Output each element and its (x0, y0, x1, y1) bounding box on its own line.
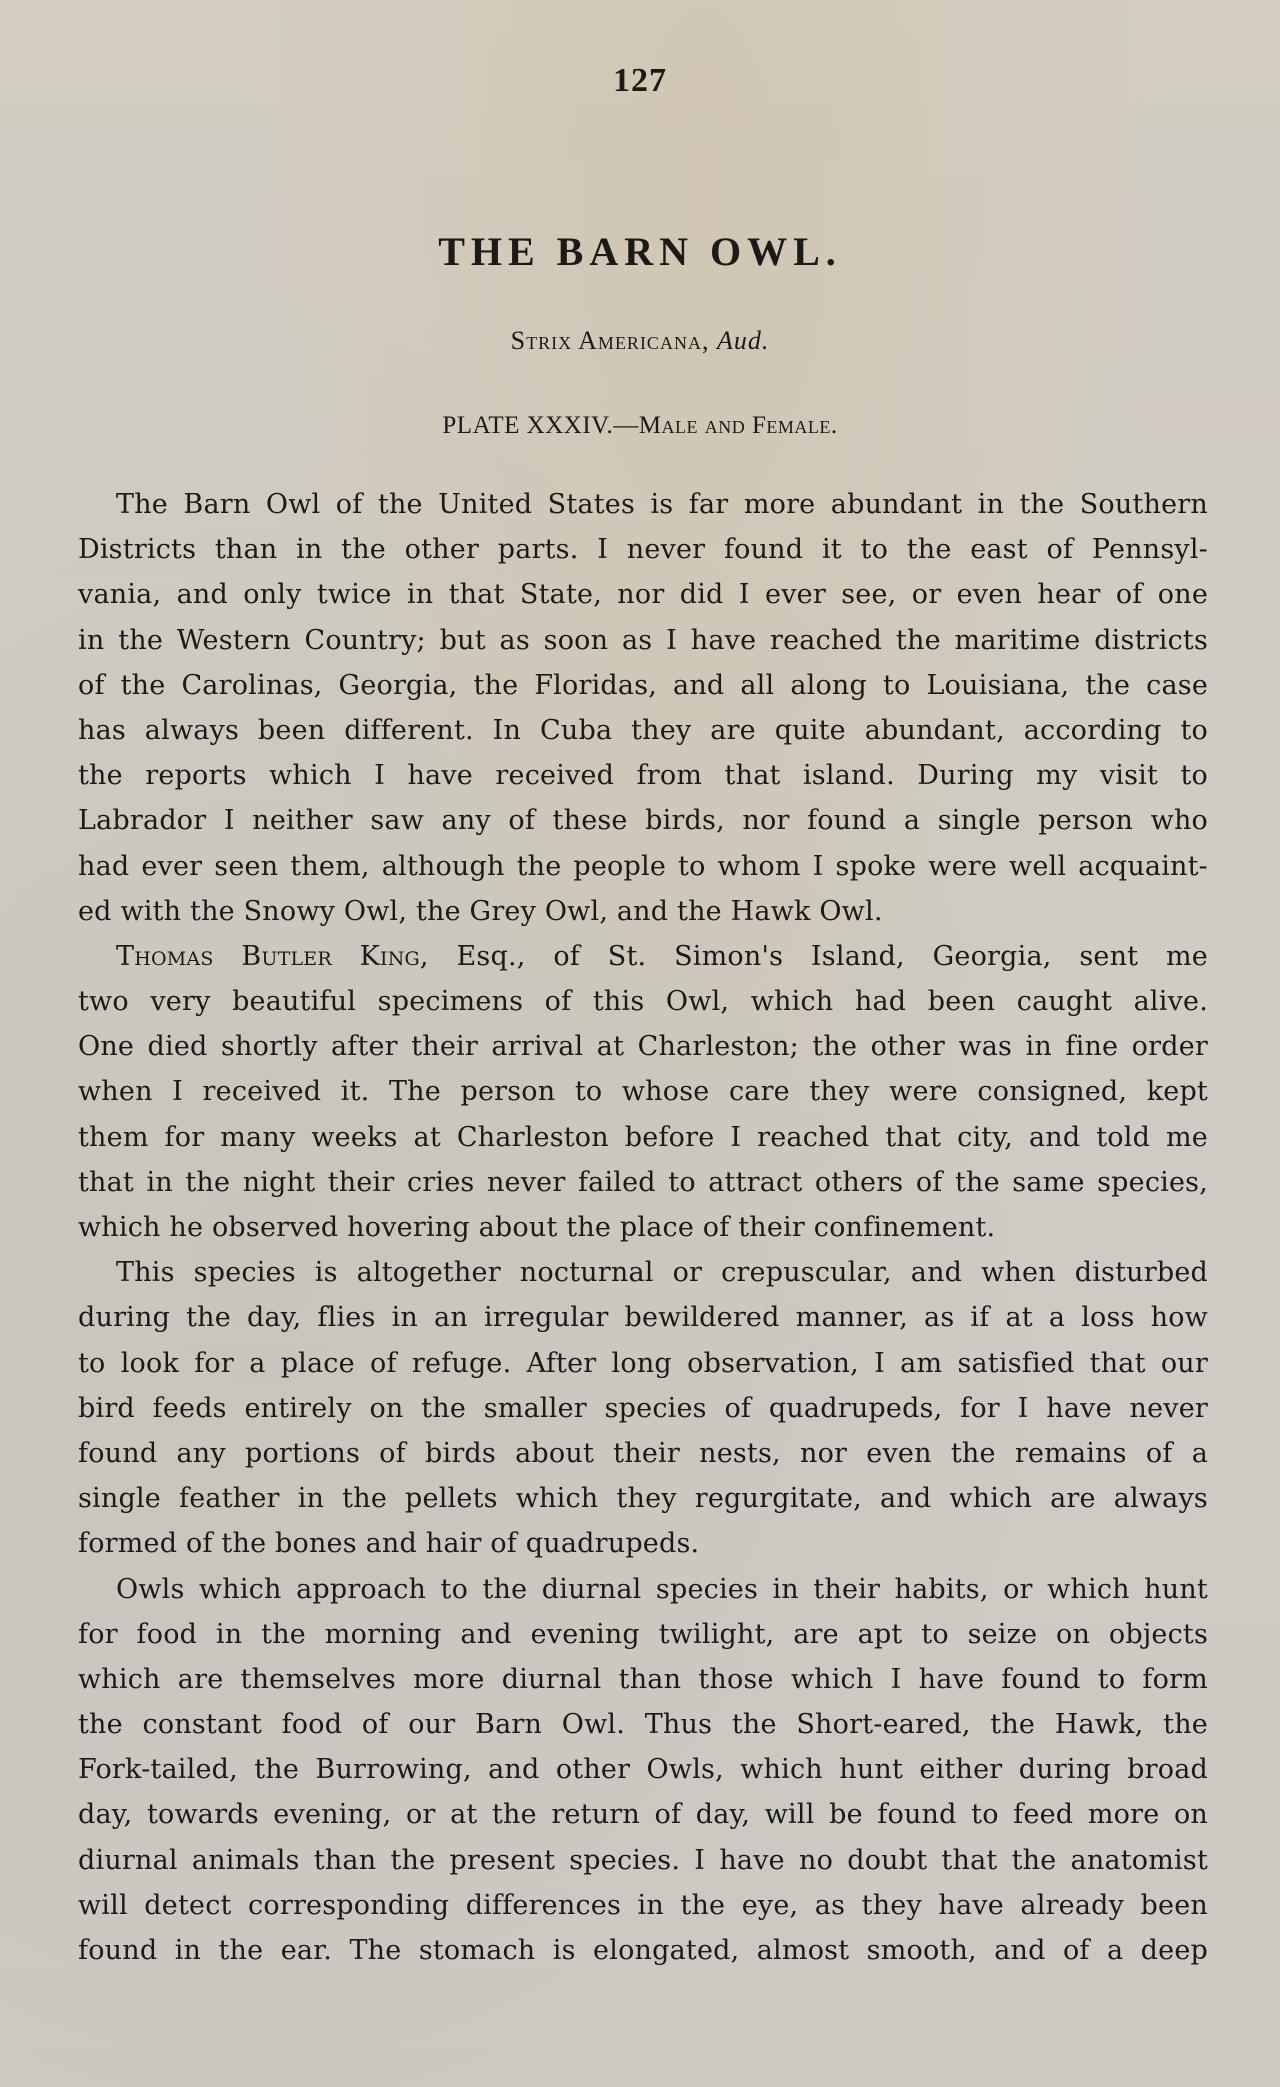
text-line: One died shortly after their arrival at … (78, 1024, 1208, 1069)
page-number: 127 (0, 62, 1280, 100)
text-line: two very beautiful specimens of this Owl… (78, 979, 1208, 1024)
latin-name: Strix Americana, (511, 326, 710, 355)
text-line: single feather in the pellets which they… (78, 1476, 1208, 1521)
body-text: The Barn Owl of the United States is far… (78, 482, 1208, 1973)
text-line: vania, and only twice in that State, nor… (78, 572, 1208, 617)
text-line: them for many weeks at Charleston before… (78, 1115, 1208, 1160)
text-line: This species is altogether nocturnal or … (78, 1250, 1208, 1295)
text-line: Districts than in the other parts. I nev… (78, 527, 1208, 572)
text-line: to look for a place of refuge. After lon… (78, 1341, 1208, 1386)
text-line: diurnal animals than the present species… (78, 1838, 1208, 1883)
text-line: had ever seen them, although the people … (78, 844, 1208, 889)
text-line: of the Carolinas, Georgia, the Floridas,… (78, 663, 1208, 708)
text-line: which are themselves more diurnal than t… (78, 1657, 1208, 1702)
text-line: has always been different. In Cuba they … (78, 708, 1208, 753)
text-line: Labrador I neither saw any of these bird… (78, 798, 1208, 843)
paragraph-3: This species is altogether nocturnal or … (78, 1250, 1208, 1566)
plate-label: PLATE XXXIV.— (442, 412, 638, 439)
plate-caption: PLATE XXXIV.—Male and Female. (0, 412, 1280, 440)
plate-description: Male and Female. (639, 412, 838, 439)
text-line: which he observed hovering about the pla… (78, 1205, 1208, 1250)
text-line: for food in the morning and evening twil… (78, 1612, 1208, 1657)
text-line: formed of the bones and hair of quadrupe… (78, 1521, 1208, 1566)
text-line: Thomas Butler King, Esq., of St. Simon's… (78, 934, 1208, 979)
text-line: day, towards evening, or at the return o… (78, 1792, 1208, 1837)
paragraph-2: Thomas Butler King, Esq., of St. Simon's… (78, 934, 1208, 1250)
text-line: bird feeds entirely on the smaller speci… (78, 1386, 1208, 1431)
text-line: during the day, flies in an irregular be… (78, 1295, 1208, 1340)
book-page: 127 THE BARN OWL. Strix Americana, Aud. … (0, 0, 1280, 2087)
text-line: The Barn Owl of the United States is far… (78, 482, 1208, 527)
authority: Aud. (717, 326, 769, 355)
person-name: Thomas Butler King, (116, 941, 429, 972)
text-line: the constant food of our Barn Owl. Thus … (78, 1702, 1208, 1747)
text-line: in the Western Country; but as soon as I… (78, 618, 1208, 663)
text-line: found in the ear. The stomach is elongat… (78, 1928, 1208, 1973)
text-line: will detect corresponding differences in… (78, 1883, 1208, 1928)
paragraph-1: The Barn Owl of the United States is far… (78, 482, 1208, 934)
text-line: Fork-tailed, the Burrowing, and other Ow… (78, 1747, 1208, 1792)
species-subtitle: Strix Americana, Aud. (0, 326, 1280, 356)
text-line: Owls which approach to the diurnal speci… (78, 1567, 1208, 1612)
text-line: found any portions of birds about their … (78, 1431, 1208, 1476)
chapter-title: THE BARN OWL. (0, 228, 1280, 275)
text-fragment: Esq., of St. Simon's Island, Georgia, se… (429, 941, 1208, 972)
paragraph-4: Owls which approach to the diurnal speci… (78, 1567, 1208, 1974)
text-line: that in the night their cries never fail… (78, 1160, 1208, 1205)
text-line: when I received it. The person to whose … (78, 1069, 1208, 1114)
text-line: the reports which I have received from t… (78, 753, 1208, 798)
text-line: ed with the Snowy Owl, the Grey Owl, and… (78, 889, 1208, 934)
